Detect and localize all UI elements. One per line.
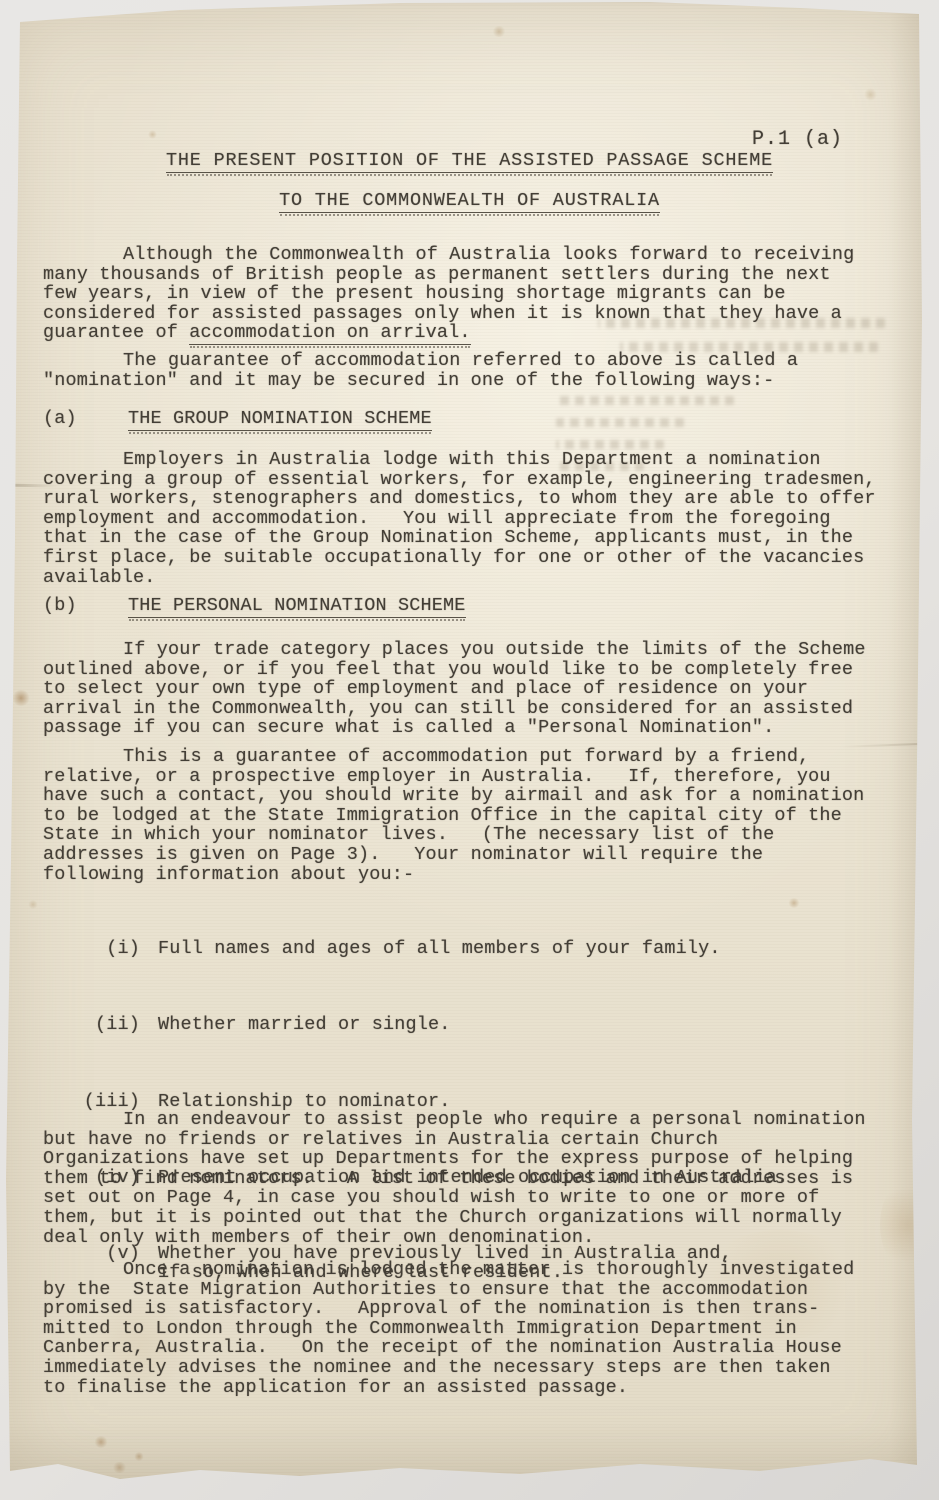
section-b-heading-row: (b) THE PERSONAL NOMINATION SCHEME <box>43 596 905 618</box>
paragraph-personal-scheme: If your trade category places you outsid… <box>43 640 905 738</box>
paragraph-church-organizations: In an endeavour to assist people who req… <box>43 1110 905 1247</box>
title-underline: THE PRESENT POSITION OF THE ASSISTED PAS… <box>166 150 773 173</box>
title-underline: TO THE COMMONWEALTH OF AUSTRALIA <box>279 190 660 213</box>
paragraph-final-process: Once a nomination is lodged the matter i… <box>43 1260 905 1397</box>
paragraph-personal-nomination: This is a guarantee of accommodation put… <box>43 747 905 884</box>
section-b-label: (b) <box>43 596 128 618</box>
list-item-text: Whether married or single. <box>158 1015 451 1035</box>
paragraph-nomination-note: The guarantee of accommodation referred … <box>43 351 905 390</box>
paragraph-group-scheme: Employers in Australia lodge with this D… <box>43 450 905 587</box>
list-item-number: (i) <box>43 939 140 959</box>
list-item: (ii) Whether married or single. <box>43 1015 905 1035</box>
list-item-number: (ii) <box>43 1015 140 1035</box>
page-number: P.1 (a) <box>752 130 843 150</box>
list-item-text: Full names and ages of all members of yo… <box>158 939 721 959</box>
paragraph-intro: Although the Commonwealth of Australia l… <box>43 245 905 343</box>
section-b-heading: THE PERSONAL NOMINATION SCHEME <box>128 596 466 618</box>
section-a-label: (a) <box>43 409 128 431</box>
intro-underlined-phrase: accommodation on arrival. <box>189 322 470 345</box>
paper-sheet: P.1 (a) THE PRESENT POSITION OF THE ASSI… <box>0 0 939 1500</box>
document-content: P.1 (a) THE PRESENT POSITION OF THE ASSI… <box>0 0 939 1500</box>
document-title-line1: THE PRESENT POSITION OF THE ASSISTED PAS… <box>0 151 939 171</box>
list-item: (i) Full names and ages of all members o… <box>43 939 905 959</box>
document-title-line2: TO THE COMMONWEALTH OF AUSTRALIA <box>0 191 939 211</box>
section-a-heading-row: (a) THE GROUP NOMINATION SCHEME <box>43 409 905 431</box>
section-a-heading: THE GROUP NOMINATION SCHEME <box>128 409 432 431</box>
scanned-document-page: P.1 (a) THE PRESENT POSITION OF THE ASSI… <box>0 0 939 1500</box>
